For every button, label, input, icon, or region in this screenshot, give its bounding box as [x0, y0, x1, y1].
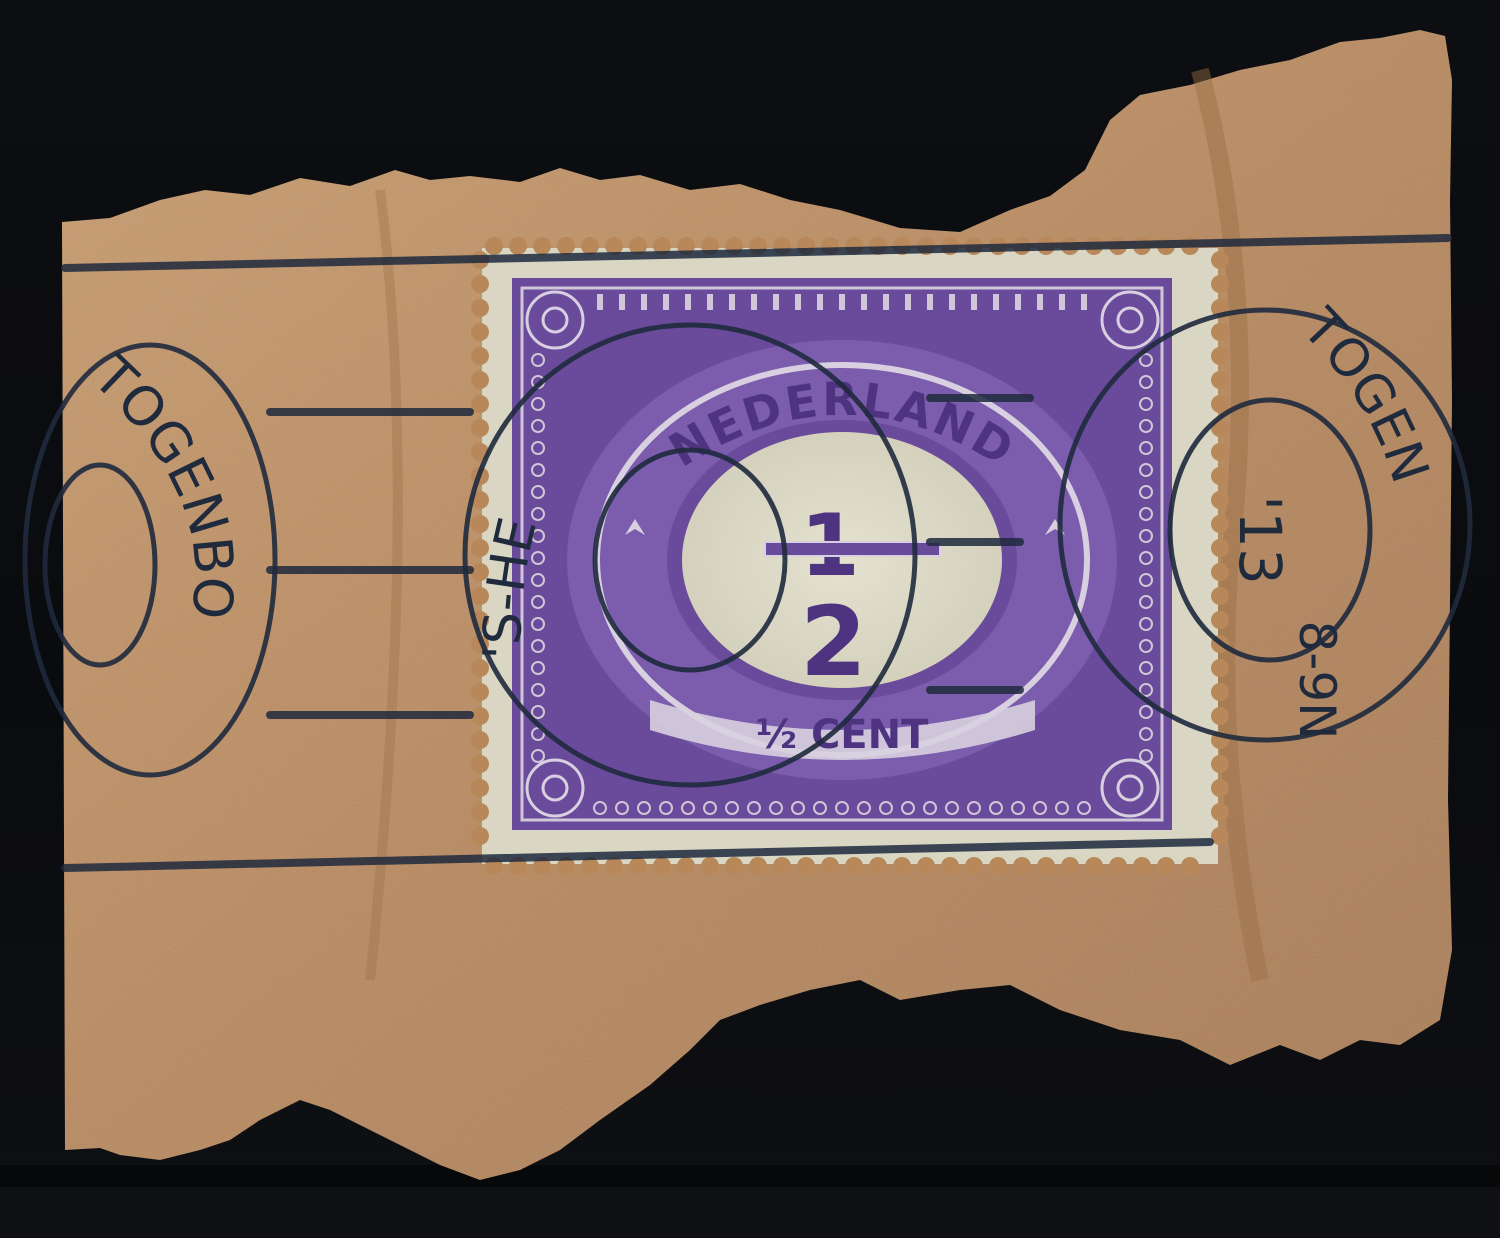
- fraction-denominator: 2: [800, 586, 867, 698]
- value-label: ½ CENT: [756, 712, 929, 758]
- postmark-right-date: '13: [1226, 495, 1294, 585]
- photo-scene: NEDERLAND 1 2 ½ CENT: [0, 0, 1500, 1238]
- stamp: NEDERLAND 1 2 ½ CENT: [471, 237, 1229, 875]
- stamp-on-piece: NEDERLAND 1 2 ½ CENT: [0, 0, 1500, 1238]
- postmark-right-bottom: 8-9N: [1288, 620, 1346, 739]
